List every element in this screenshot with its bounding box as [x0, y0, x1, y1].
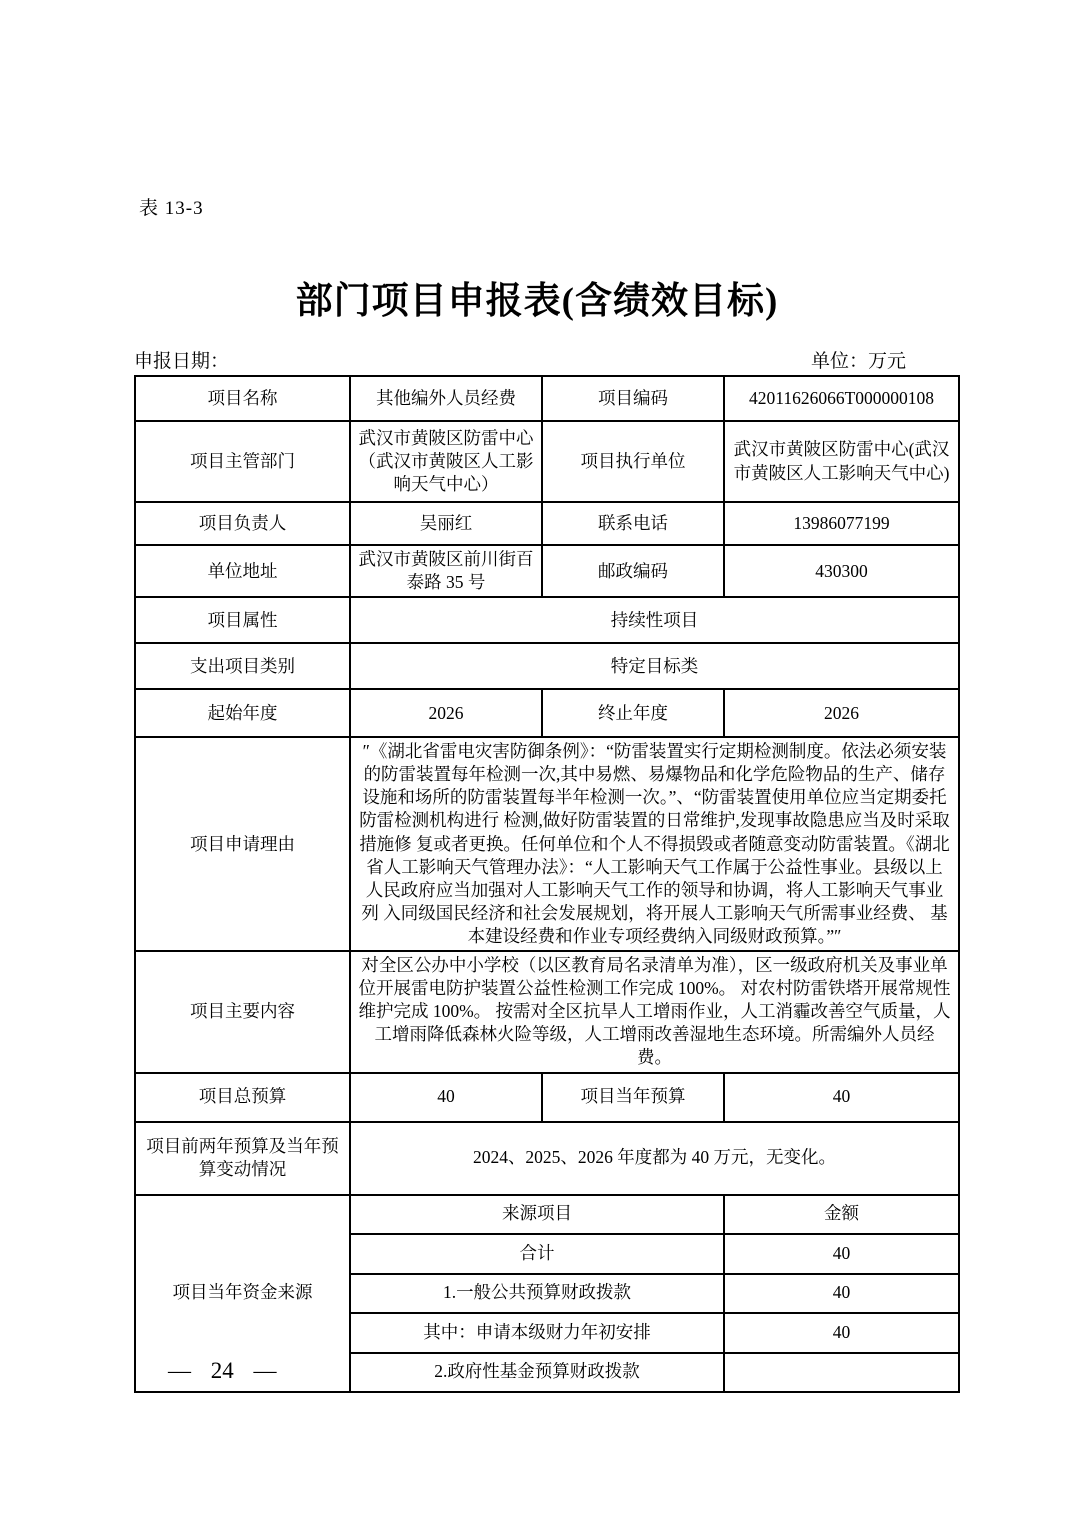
- row-years: 起始年度 2026 终止年度 2026: [135, 689, 959, 737]
- supervisor-dept-label: 项目主管部门: [135, 421, 350, 502]
- project-leader-label: 项目负责人: [135, 502, 350, 545]
- expense-category-label: 支出项目类别: [135, 643, 350, 689]
- funding-amount-gov-fund: [724, 1353, 959, 1392]
- start-year-value: 2026: [350, 689, 542, 737]
- address-value: 武汉市黄陂区前川街百泰路 35 号: [350, 545, 542, 597]
- phone-label: 联系电话: [542, 502, 724, 545]
- funding-source-gov-fund: 2.政府性基金预算财政拨款: [350, 1353, 724, 1392]
- end-year-value: 2026: [724, 689, 959, 737]
- row-leader-phone: 项目负责人 吴丽红 联系电话 13986077199: [135, 502, 959, 545]
- current-year-budget-label: 项目当年预算: [542, 1073, 724, 1122]
- application-reason-label: 项目申请理由: [135, 737, 350, 951]
- application-form-table: 项目名称 其他编外人员经费 项目编码 42011626066T000000108…: [134, 375, 960, 1393]
- sheet-label: 表 13-3: [139, 193, 204, 220]
- row-main-content: 项目主要内容 对全区公办中小学校（以区教育局名录清单为准），区一级政府机关及事业…: [135, 951, 959, 1072]
- row-expense-category: 支出项目类别 特定目标类: [135, 643, 959, 689]
- budget-change-label: 项目前两年预算及当年预算变动情况: [135, 1122, 350, 1195]
- postcode-value: 430300: [724, 545, 959, 597]
- funding-amount-public-budget: 40: [724, 1274, 959, 1313]
- funding-source-public-budget: 1.一般公共预算财政拨款: [350, 1274, 724, 1313]
- page-number: — 24 —: [168, 1358, 277, 1384]
- funding-source-total: 合计: [350, 1234, 724, 1274]
- budget-change-value: 2024、2025、2026 年度都为 40 万元，无变化。: [350, 1122, 959, 1195]
- main-content-label: 项目主要内容: [135, 951, 350, 1072]
- funding-amount-total: 40: [724, 1234, 959, 1274]
- funding-header-amount: 金额: [724, 1195, 959, 1234]
- executing-unit-value: 武汉市黄陂区防雷中心(武汉市黄陂区人工影响天气中心): [724, 421, 959, 502]
- row-project-attribute: 项目属性 持续性项目: [135, 597, 959, 643]
- row-budgets: 项目总预算 40 项目当年预算 40: [135, 1073, 959, 1122]
- address-label: 单位地址: [135, 545, 350, 597]
- funding-header-row: 项目当年资金来源 来源项目 金额: [135, 1195, 959, 1234]
- phone-value: 13986077199: [724, 502, 959, 545]
- supervisor-dept-value: 武汉市黄陂区防雷中心（武汉市黄陂区人工影响天气中心）: [350, 421, 542, 502]
- executing-unit-label: 项目执行单位: [542, 421, 724, 502]
- total-budget-value: 40: [350, 1073, 542, 1122]
- current-year-budget-value: 40: [724, 1073, 959, 1122]
- row-departments: 项目主管部门 武汉市黄陂区防雷中心（武汉市黄陂区人工影响天气中心） 项目执行单位…: [135, 421, 959, 502]
- funding-amount-local-arrangement: 40: [724, 1313, 959, 1353]
- row-application-reason: 项目申请理由 ″《湖北省雷电灾害防御条例》：“防雷装置实行定期检测制度。依法必须…: [135, 737, 959, 951]
- project-leader-value: 吴丽红: [350, 502, 542, 545]
- expense-category-value: 特定目标类: [350, 643, 959, 689]
- project-name-label: 项目名称: [135, 376, 350, 421]
- postcode-label: 邮政编码: [542, 545, 724, 597]
- row-address-postcode: 单位地址 武汉市黄陂区前川街百泰路 35 号 邮政编码 430300: [135, 545, 959, 597]
- main-content-value: 对全区公办中小学校（以区教育局名录清单为准），区一级政府机关及事业单位开展雷电防…: [350, 951, 959, 1072]
- declare-date-label: 申报日期：: [134, 346, 229, 373]
- row-project-name: 项目名称 其他编外人员经费 项目编码 42011626066T000000108: [135, 376, 959, 421]
- application-reason-value: ″《湖北省雷电灾害防御条例》：“防雷装置实行定期检测制度。依法必须安装的防雷装置…: [350, 737, 959, 951]
- funding-source-local-arrangement: 其中：申请本级财力年初安排: [350, 1313, 724, 1353]
- project-name-value: 其他编外人员经费: [350, 376, 542, 421]
- end-year-label: 终止年度: [542, 689, 724, 737]
- project-code-label: 项目编码: [542, 376, 724, 421]
- meta-row: 申报日期： 单位：万元: [134, 346, 958, 373]
- funding-header-source: 来源项目: [350, 1195, 724, 1234]
- project-attribute-label: 项目属性: [135, 597, 350, 643]
- total-budget-label: 项目总预算: [135, 1073, 350, 1122]
- project-code-value: 42011626066T000000108: [724, 376, 959, 421]
- start-year-label: 起始年度: [135, 689, 350, 737]
- project-attribute-value: 持续性项目: [350, 597, 959, 643]
- row-budget-change: 项目前两年预算及当年预算变动情况 2024、2025、2026 年度都为 40 …: [135, 1122, 959, 1195]
- unit-note: 单位：万元: [811, 346, 958, 373]
- page-title: 部门项目申报表(含绩效目标): [0, 270, 1074, 324]
